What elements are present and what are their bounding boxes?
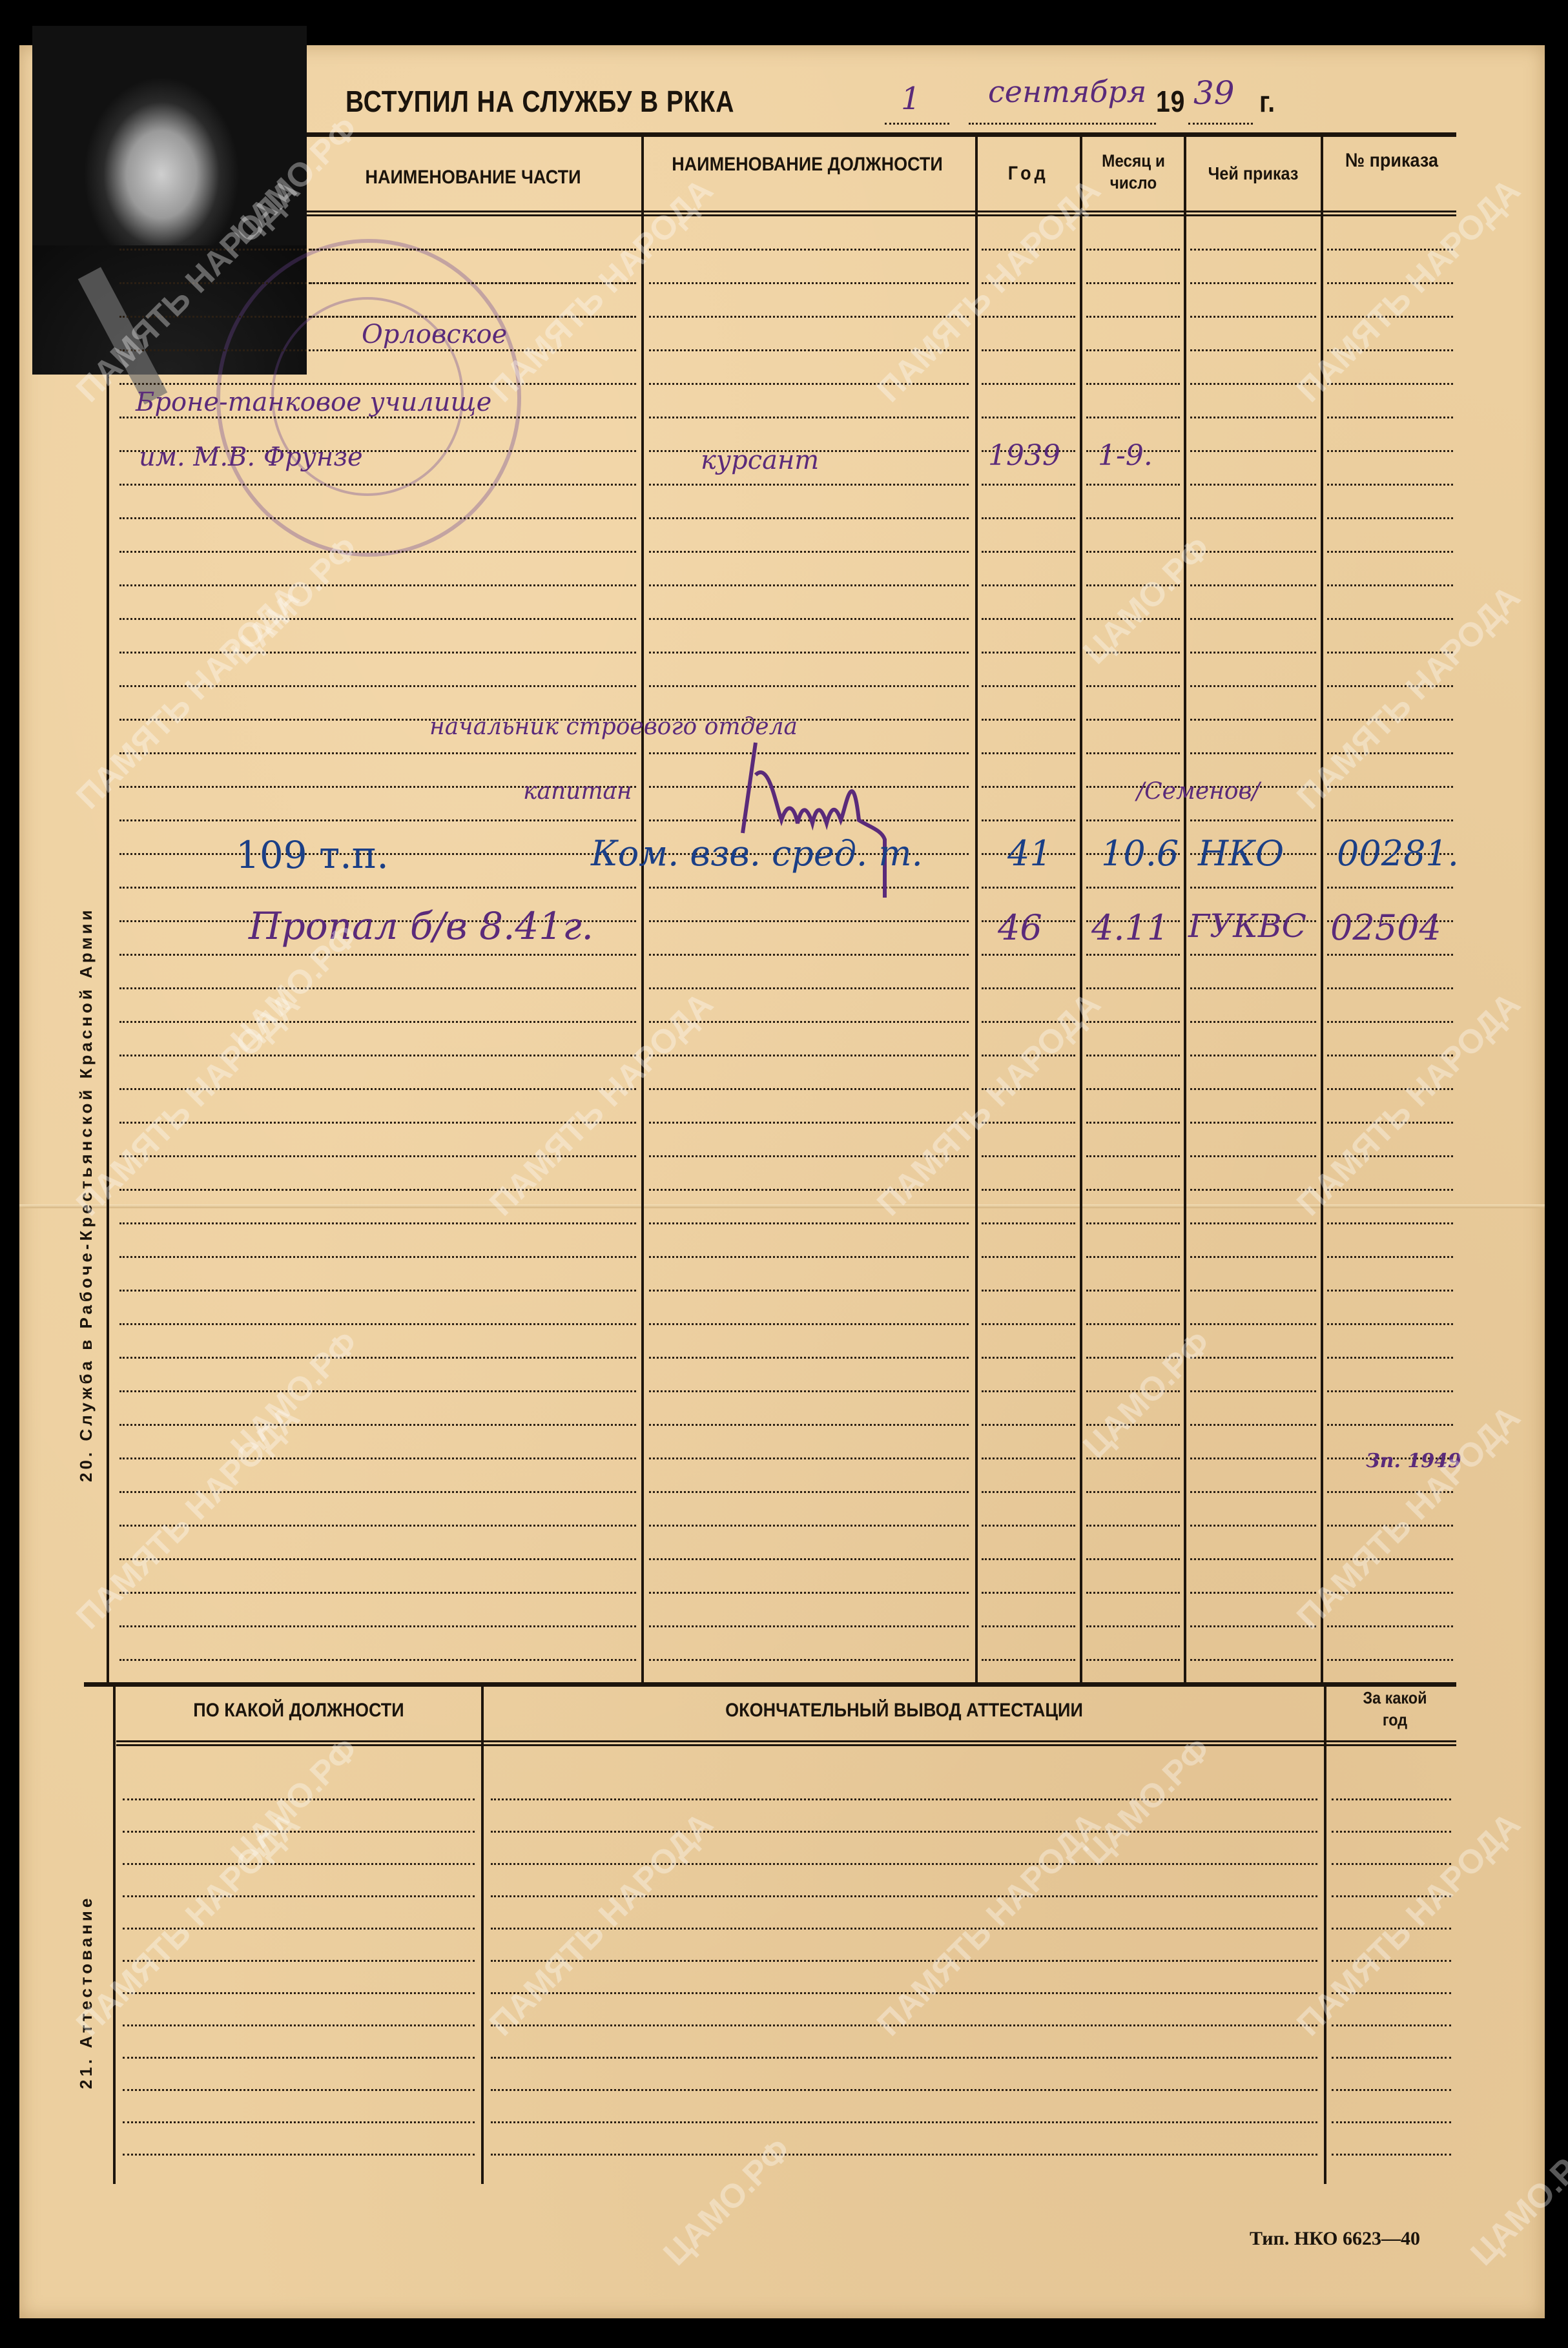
ruled-line xyxy=(119,1424,636,1426)
ruled-line xyxy=(649,1155,969,1157)
ruled-line xyxy=(982,1155,1075,1157)
entry1-year: 1939 xyxy=(988,439,1060,472)
ruled-line xyxy=(649,1256,969,1258)
ruled-line xyxy=(649,618,969,620)
ruled-line xyxy=(1086,1290,1180,1292)
ruled-line xyxy=(1327,383,1453,385)
ruled-line xyxy=(123,2057,475,2059)
ruled-line xyxy=(982,1625,1075,1627)
ruled-line xyxy=(1190,1290,1316,1292)
ruled-line xyxy=(1086,316,1180,318)
ruled-line xyxy=(1086,1625,1180,1627)
ruled-line xyxy=(1086,652,1180,654)
ruled-line xyxy=(649,1491,969,1493)
ruled-line xyxy=(491,1798,1317,1800)
ruled-line xyxy=(491,1863,1317,1865)
ruled-line xyxy=(119,954,636,956)
ruled-line xyxy=(1327,1290,1453,1292)
ruled-line xyxy=(1190,1457,1316,1459)
entry2-unit: 109 т.п. xyxy=(236,833,389,877)
ruled-line xyxy=(1332,1831,1451,1833)
ruled-line xyxy=(123,2024,475,2026)
ruled-line xyxy=(1086,1222,1180,1224)
ruled-line xyxy=(491,1992,1317,1994)
ruled-line xyxy=(1190,249,1316,251)
ruled-line xyxy=(649,1088,969,1090)
form-print-code: Тип. НКО 6623—40 xyxy=(1250,2228,1420,2250)
ruled-line xyxy=(1086,1390,1180,1392)
ruled-line xyxy=(1190,349,1316,351)
ruled-line xyxy=(982,819,1075,821)
col-divider-5 xyxy=(1321,137,1323,1684)
ruled-line xyxy=(1327,819,1453,821)
ruled-line xyxy=(119,618,636,620)
ruled-line xyxy=(119,517,636,519)
entry2-year: 41 xyxy=(1007,833,1052,874)
ruled-line xyxy=(119,1088,636,1090)
ruled-line xyxy=(1190,1592,1316,1594)
ruled-line xyxy=(1190,1122,1316,1124)
ruled-line xyxy=(1086,1592,1180,1594)
ruled-line xyxy=(310,249,636,251)
ruled-line xyxy=(1327,282,1453,284)
entry1-unit-line3: им. М.В. Фрунзе xyxy=(139,442,363,472)
ruled-line xyxy=(491,1960,1317,1962)
ruled-line xyxy=(649,551,969,553)
entry1-unit-line1: Орловское xyxy=(362,320,507,349)
ruled-line xyxy=(1327,1021,1453,1023)
ruled-line xyxy=(982,1290,1075,1292)
ruled-line xyxy=(1190,316,1316,318)
ruled-line xyxy=(1190,618,1316,620)
ruled-line xyxy=(1327,1357,1453,1359)
ruled-line xyxy=(982,786,1075,788)
ruled-line xyxy=(649,316,969,318)
section20-side-label: 20. Служба в Рабоче-Крестьянской Красной… xyxy=(76,907,96,1482)
ruled-line xyxy=(1190,450,1316,452)
table20-top-border xyxy=(307,132,1456,137)
ruled-line xyxy=(1190,383,1316,385)
ruled-line xyxy=(649,349,969,351)
header-year: Год xyxy=(984,163,1074,185)
ruled-line xyxy=(1327,786,1453,788)
ruled-line xyxy=(1190,1256,1316,1258)
ruled-line xyxy=(649,1189,969,1191)
entry2-position: Ком. взв. сред. т. xyxy=(591,833,923,874)
ruled-line xyxy=(1190,1424,1316,1426)
ruled-line xyxy=(119,1525,636,1527)
ruled-line xyxy=(1327,987,1453,989)
ruled-line xyxy=(1190,1659,1316,1661)
ruled-line xyxy=(1086,954,1180,956)
ruled-line xyxy=(649,685,969,687)
ruled-line xyxy=(1086,1659,1180,1661)
section21-side-label: 21. Аттестование xyxy=(76,1895,96,2089)
ruled-line xyxy=(649,1457,969,1459)
table21-left-border xyxy=(113,1687,116,2184)
ruled-line xyxy=(1190,1055,1316,1056)
ruled-line xyxy=(982,551,1075,553)
ruled-line xyxy=(1332,2154,1451,2156)
ruled-line xyxy=(119,987,636,989)
ruled-line xyxy=(1327,954,1453,956)
entry1-unit-line2: Броне-танковое училище xyxy=(136,387,491,417)
ruled-line xyxy=(982,1189,1075,1191)
entry1-date: 1-9. xyxy=(1098,439,1153,472)
ruled-line xyxy=(491,1895,1317,1897)
ruled-line xyxy=(1332,1992,1451,1994)
ruled-line xyxy=(119,1491,636,1493)
ruled-line xyxy=(1086,1189,1180,1191)
ruled-line xyxy=(982,383,1075,385)
ruled-line xyxy=(982,1122,1075,1124)
ruled-line xyxy=(1327,584,1453,586)
ruled-line xyxy=(1190,282,1316,284)
ruled-line xyxy=(1086,1021,1180,1023)
ruled-line xyxy=(1086,819,1180,821)
ruled-line xyxy=(1190,484,1316,486)
ruled-line xyxy=(982,1021,1075,1023)
ruled-line xyxy=(1327,1525,1453,1527)
ruled-line xyxy=(123,1895,475,1897)
ruled-line xyxy=(1086,1457,1180,1459)
ruled-line xyxy=(1332,1895,1451,1897)
ruled-line xyxy=(1327,1491,1453,1493)
enlistment-day: 1 xyxy=(901,81,921,117)
ruled-line xyxy=(1086,417,1180,418)
ruled-line xyxy=(649,1525,969,1527)
ruled-line xyxy=(982,1457,1075,1459)
ruled-line xyxy=(1190,1189,1316,1191)
ruled-line xyxy=(1086,1323,1180,1325)
enlistment-label: ВСТУПИЛ НА СЛУЖБУ В РККА xyxy=(346,84,734,119)
ruled-line xyxy=(123,1863,475,1865)
ruled-line xyxy=(491,2024,1317,2026)
ruled-line xyxy=(982,752,1075,754)
ruled-line xyxy=(123,2154,475,2156)
ruled-line xyxy=(310,316,636,318)
header-for-which-year: За какой год xyxy=(1352,1687,1439,1731)
ruled-line xyxy=(1086,584,1180,586)
header-position-name: НАИМЕНОВАНИЕ ДОЛЖНОСТИ xyxy=(668,154,947,176)
ruled-line xyxy=(982,1390,1075,1392)
ruled-line xyxy=(1327,1659,1453,1661)
ruled-line xyxy=(1086,719,1180,721)
ruled-line xyxy=(1086,1491,1180,1493)
enlistment-year-unit: г. xyxy=(1259,84,1275,119)
ruled-line xyxy=(123,1798,475,1800)
entry3-year: 46 xyxy=(998,907,1042,948)
ruled-line xyxy=(982,584,1075,586)
ruled-line xyxy=(1332,1928,1451,1930)
ruled-line xyxy=(1190,1021,1316,1023)
ruled-line xyxy=(982,618,1075,620)
ruled-line xyxy=(982,1055,1075,1056)
ruled-line xyxy=(491,2057,1317,2059)
ruled-line xyxy=(119,1390,636,1392)
ruled-line xyxy=(982,887,1075,889)
header-order-number: № приказа xyxy=(1337,150,1447,172)
ruled-line xyxy=(649,1659,969,1661)
ruled-line xyxy=(1327,349,1453,351)
ruled-line xyxy=(119,1323,636,1325)
ruled-line xyxy=(1190,652,1316,654)
ruled-line xyxy=(982,1323,1075,1325)
day-underline xyxy=(885,123,949,125)
ruled-line xyxy=(1190,1525,1316,1527)
month-underline xyxy=(969,123,1156,125)
ruled-line xyxy=(1327,1222,1453,1224)
ruled-line xyxy=(1332,1863,1451,1865)
ruled-line xyxy=(1086,383,1180,385)
ruled-line xyxy=(1190,1390,1316,1392)
ruled-line xyxy=(119,652,636,654)
entry3-by-order: ГУКВС xyxy=(1188,907,1306,945)
ruled-line xyxy=(119,1189,636,1191)
ruled-line xyxy=(649,987,969,989)
ruled-line xyxy=(982,652,1075,654)
ruled-line xyxy=(1190,819,1316,821)
ruled-line xyxy=(649,584,969,586)
ruled-line xyxy=(119,383,636,385)
handwritten-signature xyxy=(730,736,911,904)
ruled-line xyxy=(1190,1491,1316,1493)
ruled-line xyxy=(119,752,636,754)
col-divider-1 xyxy=(641,137,644,1684)
ruled-line xyxy=(119,1558,636,1560)
ruled-line xyxy=(649,1323,969,1325)
ruled-line xyxy=(1086,752,1180,754)
ruled-line xyxy=(1327,685,1453,687)
ruled-line xyxy=(649,517,969,519)
ruled-line xyxy=(982,1525,1075,1527)
ruled-line xyxy=(649,1021,969,1023)
ruled-line xyxy=(982,417,1075,418)
ruled-line xyxy=(1190,1088,1316,1090)
ruled-line xyxy=(649,1558,969,1560)
ruled-line xyxy=(1327,1256,1453,1258)
ruled-line xyxy=(119,1122,636,1124)
header-whose-order: Чей приказ xyxy=(1193,163,1313,185)
ruled-line xyxy=(119,1256,636,1258)
ruled-line xyxy=(1327,618,1453,620)
entry2-order-no: 00281. xyxy=(1337,833,1459,874)
ruled-line xyxy=(491,2154,1317,2156)
ruled-line xyxy=(1190,1222,1316,1224)
ruled-line xyxy=(982,249,1075,251)
ruled-line xyxy=(1086,987,1180,989)
ruled-line xyxy=(982,1558,1075,1560)
ruled-line xyxy=(649,484,969,486)
ruled-line xyxy=(1332,2089,1451,2091)
ruled-line xyxy=(119,484,636,486)
ruled-line xyxy=(1086,551,1180,553)
entry2-date: 10.6 xyxy=(1101,833,1179,874)
ruled-line xyxy=(1086,249,1180,251)
ruled-line xyxy=(1327,719,1453,721)
ruled-line xyxy=(119,1659,636,1661)
ruled-line xyxy=(1327,1592,1453,1594)
table20-left-border xyxy=(107,375,109,1685)
ruled-line xyxy=(649,417,969,418)
col-divider-3 xyxy=(1080,137,1082,1684)
table20-header-border xyxy=(307,211,1456,216)
ruled-line xyxy=(1190,1625,1316,1627)
ruled-line xyxy=(1190,685,1316,687)
ruled-line xyxy=(1327,1625,1453,1627)
entry1-position: курсант xyxy=(701,446,819,475)
ruled-line xyxy=(123,1960,475,1962)
header-unit-name: НАИМЕНОВАНИЕ ЧАСТИ xyxy=(324,167,623,189)
ruled-line xyxy=(1327,517,1453,519)
table21-col-divider-2 xyxy=(1324,1687,1326,2184)
ruled-line xyxy=(1086,685,1180,687)
ruled-line xyxy=(982,719,1075,721)
ruled-line xyxy=(1086,1088,1180,1090)
ruled-line xyxy=(1327,450,1453,452)
ruled-line xyxy=(1332,1798,1451,1800)
ruled-line xyxy=(1190,1323,1316,1325)
ruled-line xyxy=(1190,1155,1316,1157)
ruled-line xyxy=(123,1831,475,1833)
ruled-line xyxy=(1086,517,1180,519)
ruled-line xyxy=(1332,2024,1451,2026)
ruled-line xyxy=(649,1222,969,1224)
enlistment-month: сентября xyxy=(988,74,1146,109)
paper-fold xyxy=(19,1204,1545,1208)
ruled-line xyxy=(310,282,636,284)
ruled-line xyxy=(1327,1558,1453,1560)
ruled-line xyxy=(649,954,969,956)
ruled-line xyxy=(982,1424,1075,1426)
ruled-line xyxy=(649,1290,969,1292)
signature-rank: капитан xyxy=(523,778,632,805)
entry3-unit: Пропал б/в 8.41г. xyxy=(249,904,593,948)
ruled-line xyxy=(1086,1055,1180,1056)
ruled-line xyxy=(1332,1960,1451,1962)
ruled-line xyxy=(1086,349,1180,351)
ruled-line xyxy=(982,987,1075,989)
ruled-line xyxy=(1190,719,1316,721)
ruled-line xyxy=(1086,1155,1180,1157)
table21-top-border xyxy=(84,1682,1456,1687)
entry3-date: 4.11 xyxy=(1091,907,1169,948)
ruled-line xyxy=(1327,752,1453,754)
ruled-line xyxy=(1190,551,1316,553)
ruled-line xyxy=(982,1659,1075,1661)
ruled-line xyxy=(119,887,636,889)
entry2-by-order: НКО xyxy=(1198,833,1284,874)
entry3-order-no: 02504 xyxy=(1330,907,1441,948)
ruled-line xyxy=(649,249,969,251)
header-by-position: ПО КАКОЙ ДОЛЖНОСТИ xyxy=(138,1700,460,1722)
year-underline xyxy=(1188,123,1253,125)
ruled-line xyxy=(119,1021,636,1023)
ruled-line xyxy=(649,1357,969,1359)
ruled-line xyxy=(1190,517,1316,519)
ruled-line xyxy=(491,2089,1317,2091)
ruled-line xyxy=(982,517,1075,519)
ruled-line xyxy=(1327,1055,1453,1056)
ruled-line xyxy=(123,1992,475,1994)
ruled-line xyxy=(649,1424,969,1426)
ruled-line xyxy=(1327,316,1453,318)
ruled-line xyxy=(1086,484,1180,486)
header-final-attestation: ОКОНЧАТЕЛЬНЫЙ ВЫВОД АТТЕСТАЦИИ xyxy=(530,1700,1279,1722)
ruled-line xyxy=(491,1928,1317,1930)
ruled-line xyxy=(1327,249,1453,251)
ruled-line xyxy=(1086,1558,1180,1560)
ruled-line xyxy=(1086,887,1180,889)
enlistment-year-prefix: 19 xyxy=(1156,84,1185,119)
ruled-line xyxy=(1327,1122,1453,1124)
ruled-line xyxy=(982,484,1075,486)
ruled-line xyxy=(1332,2057,1451,2059)
ruled-line xyxy=(1327,887,1453,889)
ruled-line xyxy=(119,551,636,553)
signature-name: /Семенов/ xyxy=(1137,778,1260,805)
ruled-line xyxy=(1086,618,1180,620)
table21-col-divider-1 xyxy=(481,1687,484,2184)
ruled-line xyxy=(1190,1558,1316,1560)
ruled-line xyxy=(1190,752,1316,754)
ruled-line xyxy=(649,652,969,654)
ruled-line xyxy=(1086,1525,1180,1527)
ruled-line xyxy=(1327,1390,1453,1392)
ruled-line xyxy=(1190,584,1316,586)
ruled-line xyxy=(1327,1155,1453,1157)
ruled-line xyxy=(119,819,636,821)
ruled-line xyxy=(119,584,636,586)
ruled-line xyxy=(119,1222,636,1224)
ruled-line xyxy=(1327,1424,1453,1426)
margin-note: Зп. 1949 xyxy=(1366,1450,1461,1472)
ruled-line xyxy=(982,1256,1075,1258)
ruled-line xyxy=(982,685,1075,687)
ruled-line xyxy=(491,1831,1317,1833)
ruled-line xyxy=(1086,1424,1180,1426)
ruled-line xyxy=(1327,1088,1453,1090)
ruled-line xyxy=(123,2121,475,2123)
col-divider-2 xyxy=(975,137,978,1684)
ruled-line xyxy=(982,954,1075,956)
header-month-day: Месяц и число xyxy=(1090,150,1177,194)
ruled-line xyxy=(649,1055,969,1056)
ruled-line xyxy=(649,1592,969,1594)
ruled-line xyxy=(982,1592,1075,1594)
enlistment-year-suffix: 39 xyxy=(1193,74,1235,112)
ruled-line xyxy=(1190,887,1316,889)
ruled-line xyxy=(982,1357,1075,1359)
ruled-line xyxy=(982,282,1075,284)
ruled-line xyxy=(1327,484,1453,486)
ruled-line xyxy=(982,1222,1075,1224)
ruled-line xyxy=(1327,1323,1453,1325)
ruled-line xyxy=(1086,1256,1180,1258)
ruled-line xyxy=(649,282,969,284)
ruled-line xyxy=(1327,1189,1453,1191)
ruled-line xyxy=(1332,2121,1451,2123)
ruled-line xyxy=(1190,987,1316,989)
ruled-line xyxy=(1327,551,1453,553)
ruled-line xyxy=(119,1592,636,1594)
ruled-line xyxy=(119,1357,636,1359)
ruled-line xyxy=(1327,652,1453,654)
ruled-line xyxy=(123,1928,475,1930)
ruled-line xyxy=(982,316,1075,318)
ruled-line xyxy=(1190,417,1316,418)
ruled-line xyxy=(123,2089,475,2091)
